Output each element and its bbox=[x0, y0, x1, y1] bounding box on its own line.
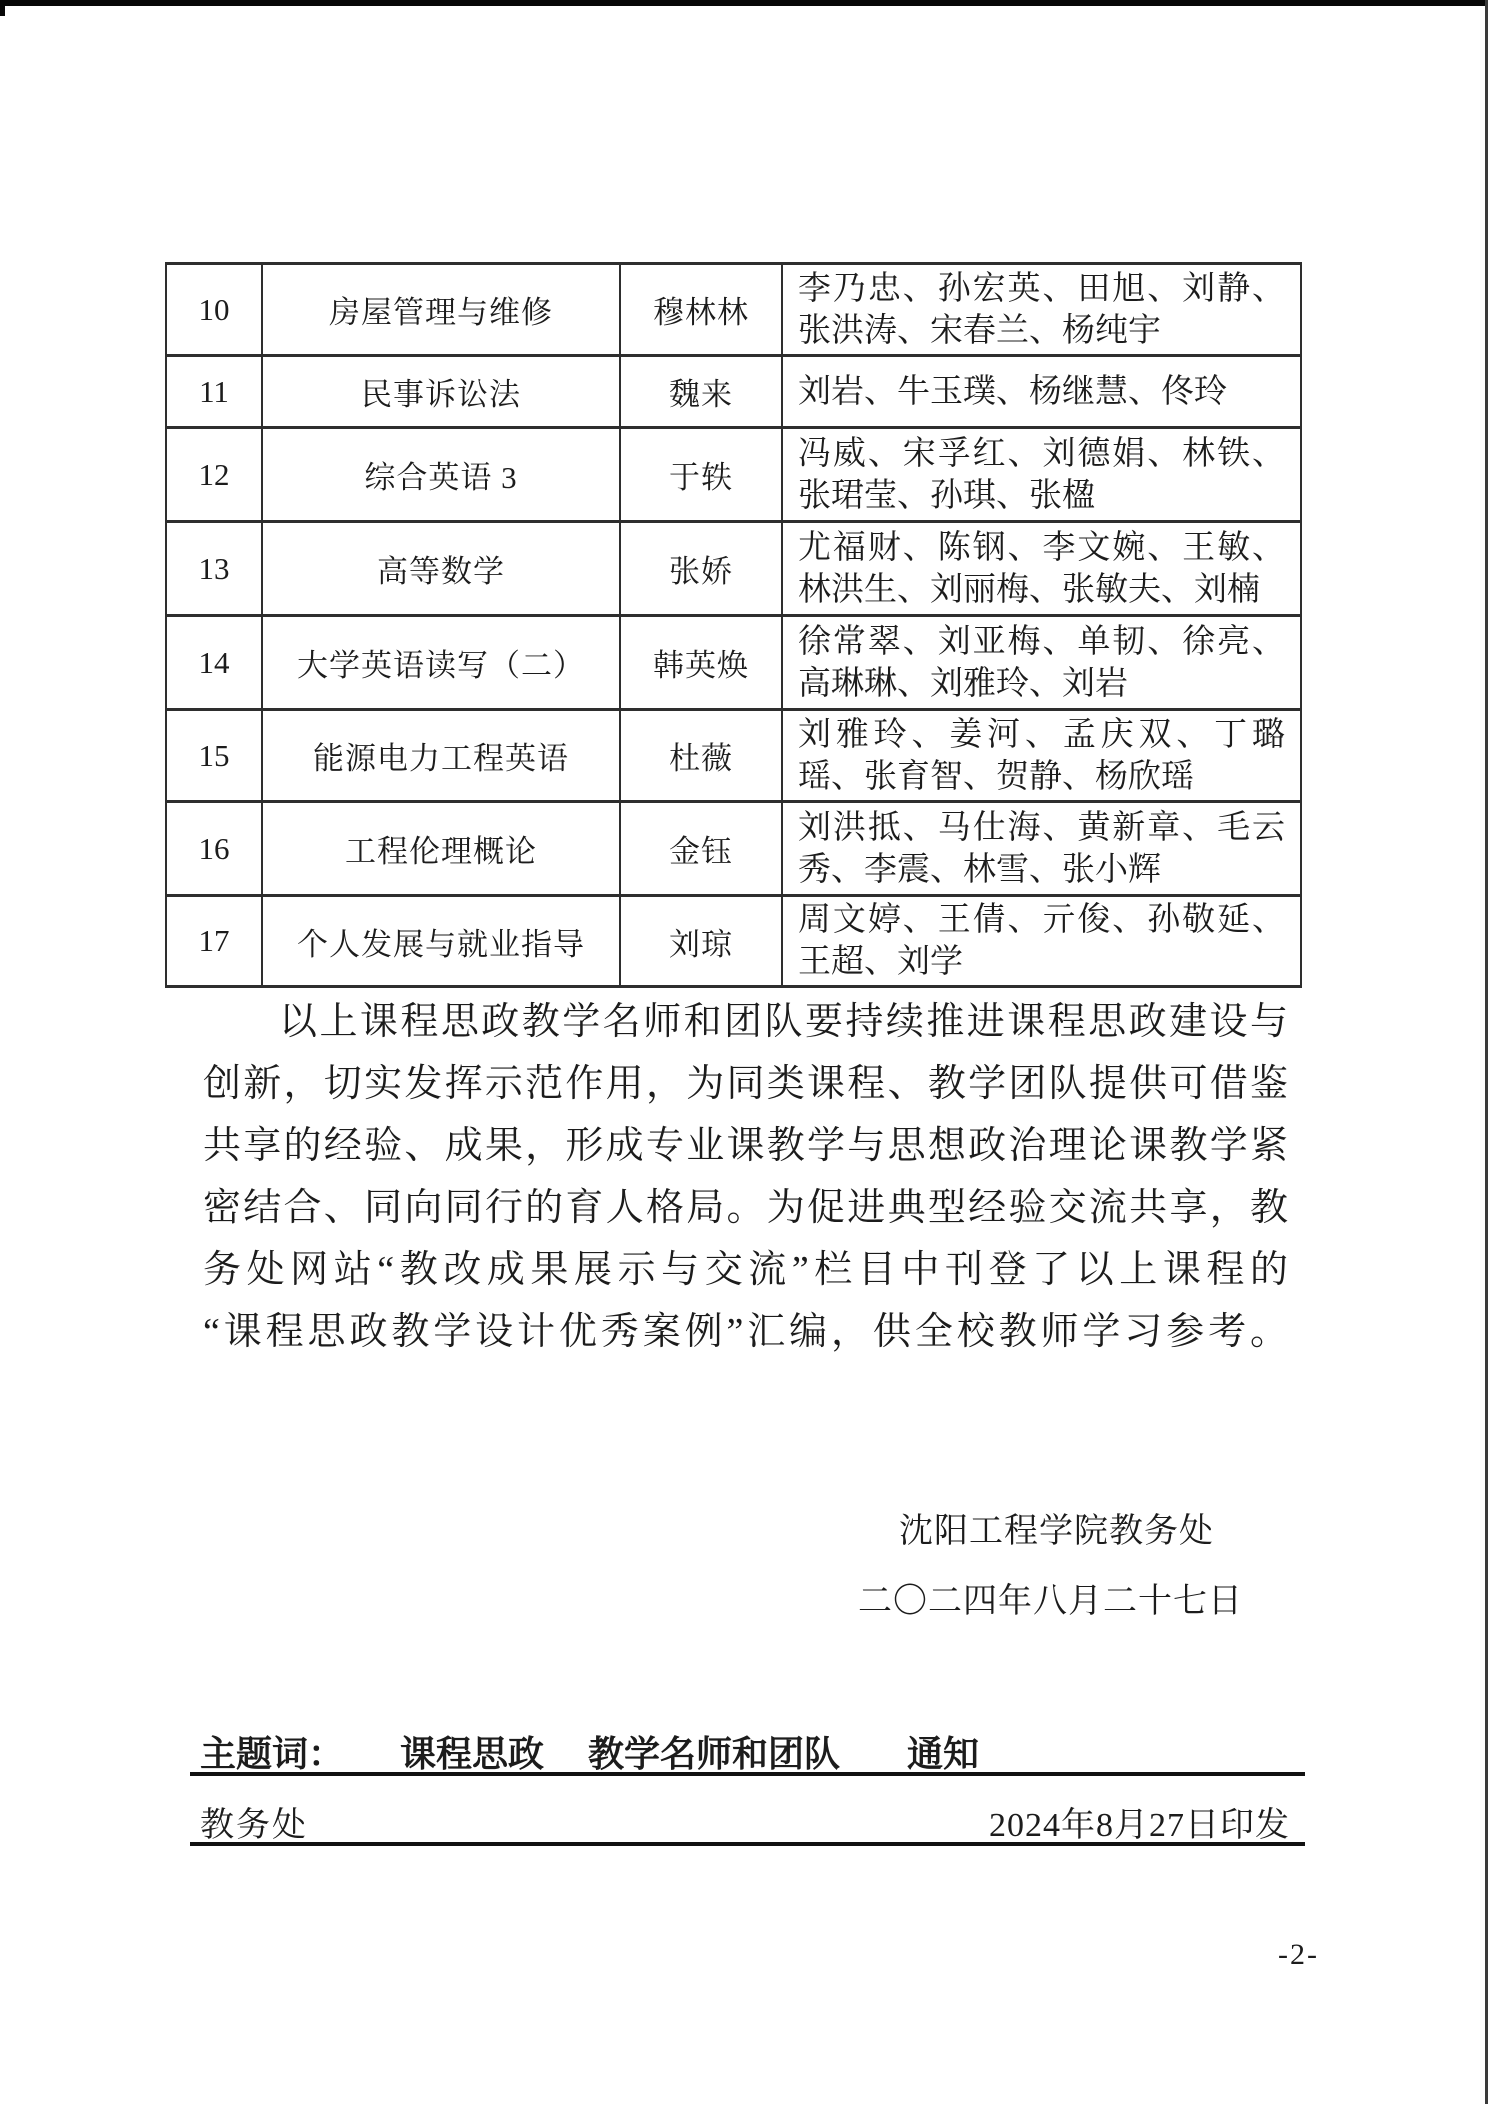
team-members-cell: 冯威、宋孚红、刘德娟、林铁、张珺莹、孙琪、张楹 bbox=[782, 428, 1301, 522]
team-members-cell: 刘岩、牛玉璞、杨继慧、佟玲 bbox=[782, 356, 1301, 428]
teacher-name-cell: 魏来 bbox=[620, 356, 782, 428]
course-name-cell: 综合英语 3 bbox=[262, 428, 620, 522]
subject-label: 主题词： bbox=[200, 1733, 344, 1774]
teacher-name-cell: 刘琼 bbox=[620, 896, 782, 987]
row-number-cell: 15 bbox=[166, 710, 262, 802]
course-name-cell: 能源电力工程英语 bbox=[262, 710, 620, 802]
table-row: 17 个人发展与就业指导 刘琼 周文婷、王倩、亓俊、孙敬延、王超、刘学 bbox=[166, 896, 1301, 987]
subject-words-line: 主题词：课程思政教学名师和团队通知 bbox=[200, 1734, 979, 1774]
course-team-table: 10 房屋管理与维修 穆林林 李乃忠、孙宏英、田旭、刘静、张洪涛、宋春兰、杨纯宇… bbox=[165, 262, 1302, 988]
team-members-cell: 李乃忠、孙宏英、田旭、刘静、张洪涛、宋春兰、杨纯宇 bbox=[782, 264, 1301, 356]
teacher-name-cell: 张娇 bbox=[620, 522, 782, 616]
table-row: 10 房屋管理与维修 穆林林 李乃忠、孙宏英、田旭、刘静、张洪涛、宋春兰、杨纯宇 bbox=[166, 264, 1301, 356]
row-number-cell: 14 bbox=[166, 616, 262, 710]
teacher-name-cell: 穆林林 bbox=[620, 264, 782, 356]
team-members-cell: 刘洪抵、马仕海、黄新章、毛云秀、李震、林雪、张小辉 bbox=[782, 802, 1301, 896]
separator-rule-bottom bbox=[190, 1842, 1305, 1846]
course-name-cell: 个人发展与就业指导 bbox=[262, 896, 620, 987]
paragraph-line: 创新，切实发挥示范作用，为同类课程、教学团队提供可借鉴 bbox=[203, 1053, 1288, 1115]
team-members-cell: 刘雅玲、姜河、孟庆双、丁璐瑶、张育智、贺静、杨欣瑶 bbox=[782, 710, 1301, 802]
team-members-cell: 尤福财、陈钢、李文婉、王敏、林洪生、刘丽梅、张敏夫、刘楠 bbox=[782, 522, 1301, 616]
paragraph-line: 务处网站“教改成果展示与交流”栏目中刊登了以上课程的 bbox=[203, 1239, 1288, 1301]
subject-keyword: 通知 bbox=[907, 1733, 979, 1774]
table-row: 14 大学英语读写（二） 韩英焕 徐常翠、刘亚梅、单韧、徐亮、高琳琳、刘雅玲、刘… bbox=[166, 616, 1301, 710]
row-number-cell: 12 bbox=[166, 428, 262, 522]
row-number-cell: 17 bbox=[166, 896, 262, 987]
paragraph-line: 共享的经验、成果，形成专业课教学与思想政治理论课教学紧 bbox=[203, 1115, 1288, 1177]
course-name-cell: 大学英语读写（二） bbox=[262, 616, 620, 710]
signature-organization: 沈阳工程学院教务处 bbox=[899, 1503, 1214, 1552]
row-number-cell: 16 bbox=[166, 802, 262, 896]
course-name-cell: 高等数学 bbox=[262, 522, 620, 616]
issuer-name: 教务处 bbox=[200, 1806, 308, 1846]
subject-keyword: 教学名师和团队 bbox=[588, 1733, 840, 1774]
course-name-cell: 民事诉讼法 bbox=[262, 356, 620, 428]
team-members-cell: 徐常翠、刘亚梅、单韧、徐亮、高琳琳、刘雅玲、刘岩 bbox=[782, 616, 1301, 710]
course-name-cell: 工程伦理概论 bbox=[262, 802, 620, 896]
course-name-cell: 房屋管理与维修 bbox=[262, 264, 620, 356]
paragraph-line: “课程思政教学设计优秀案例”汇编，供全校教师学习参考。 bbox=[203, 1301, 1288, 1363]
row-number-cell: 10 bbox=[166, 264, 262, 356]
table-row: 16 工程伦理概论 金钰 刘洪抵、马仕海、黄新章、毛云秀、李震、林雪、张小辉 bbox=[166, 802, 1301, 896]
team-members-cell: 周文婷、王倩、亓俊、孙敬延、王超、刘学 bbox=[782, 896, 1301, 987]
row-number-cell: 13 bbox=[166, 522, 262, 616]
table-row: 11 民事诉讼法 魏来 刘岩、牛玉璞、杨继慧、佟玲 bbox=[166, 356, 1301, 428]
table-row: 15 能源电力工程英语 杜薇 刘雅玲、姜河、孟庆双、丁璐瑶、张育智、贺静、杨欣瑶 bbox=[166, 710, 1301, 802]
subject-keyword: 课程思政 bbox=[400, 1733, 544, 1774]
paragraph-line: 以上课程思政教学名师和团队要持续推进课程思政建设与 bbox=[203, 991, 1288, 1053]
signature-date: 二〇二四年八月二十七日 bbox=[858, 1573, 1243, 1622]
scan-top-edge-artifact bbox=[0, 0, 1488, 6]
body-paragraph: 以上课程思政教学名师和团队要持续推进课程思政建设与 创新，切实发挥示范作用，为同… bbox=[203, 991, 1288, 1363]
table-row: 13 高等数学 张娇 尤福财、陈钢、李文婉、王敏、林洪生、刘丽梅、张敏夫、刘楠 bbox=[166, 522, 1301, 616]
scan-corner-artifact bbox=[0, 0, 5, 16]
paragraph-line: 密结合、同向同行的育人格局。为促进典型经验交流共享，教 bbox=[203, 1177, 1288, 1239]
table-row: 12 综合英语 3 于轶 冯威、宋孚红、刘德娟、林铁、张珺莹、孙琪、张楹 bbox=[166, 428, 1301, 522]
teacher-name-cell: 杜薇 bbox=[620, 710, 782, 802]
teacher-name-cell: 于轶 bbox=[620, 428, 782, 522]
row-number-cell: 11 bbox=[166, 356, 262, 428]
teacher-name-cell: 韩英焕 bbox=[620, 616, 782, 710]
issue-date: 2024年8月27日印发 bbox=[989, 1806, 1290, 1846]
page-number: -2- bbox=[1278, 1938, 1319, 1972]
document-page: 10 房屋管理与维修 穆林林 李乃忠、孙宏英、田旭、刘静、张洪涛、宋春兰、杨纯宇… bbox=[0, 0, 1488, 2104]
separator-rule-top bbox=[190, 1772, 1305, 1776]
teacher-name-cell: 金钰 bbox=[620, 802, 782, 896]
